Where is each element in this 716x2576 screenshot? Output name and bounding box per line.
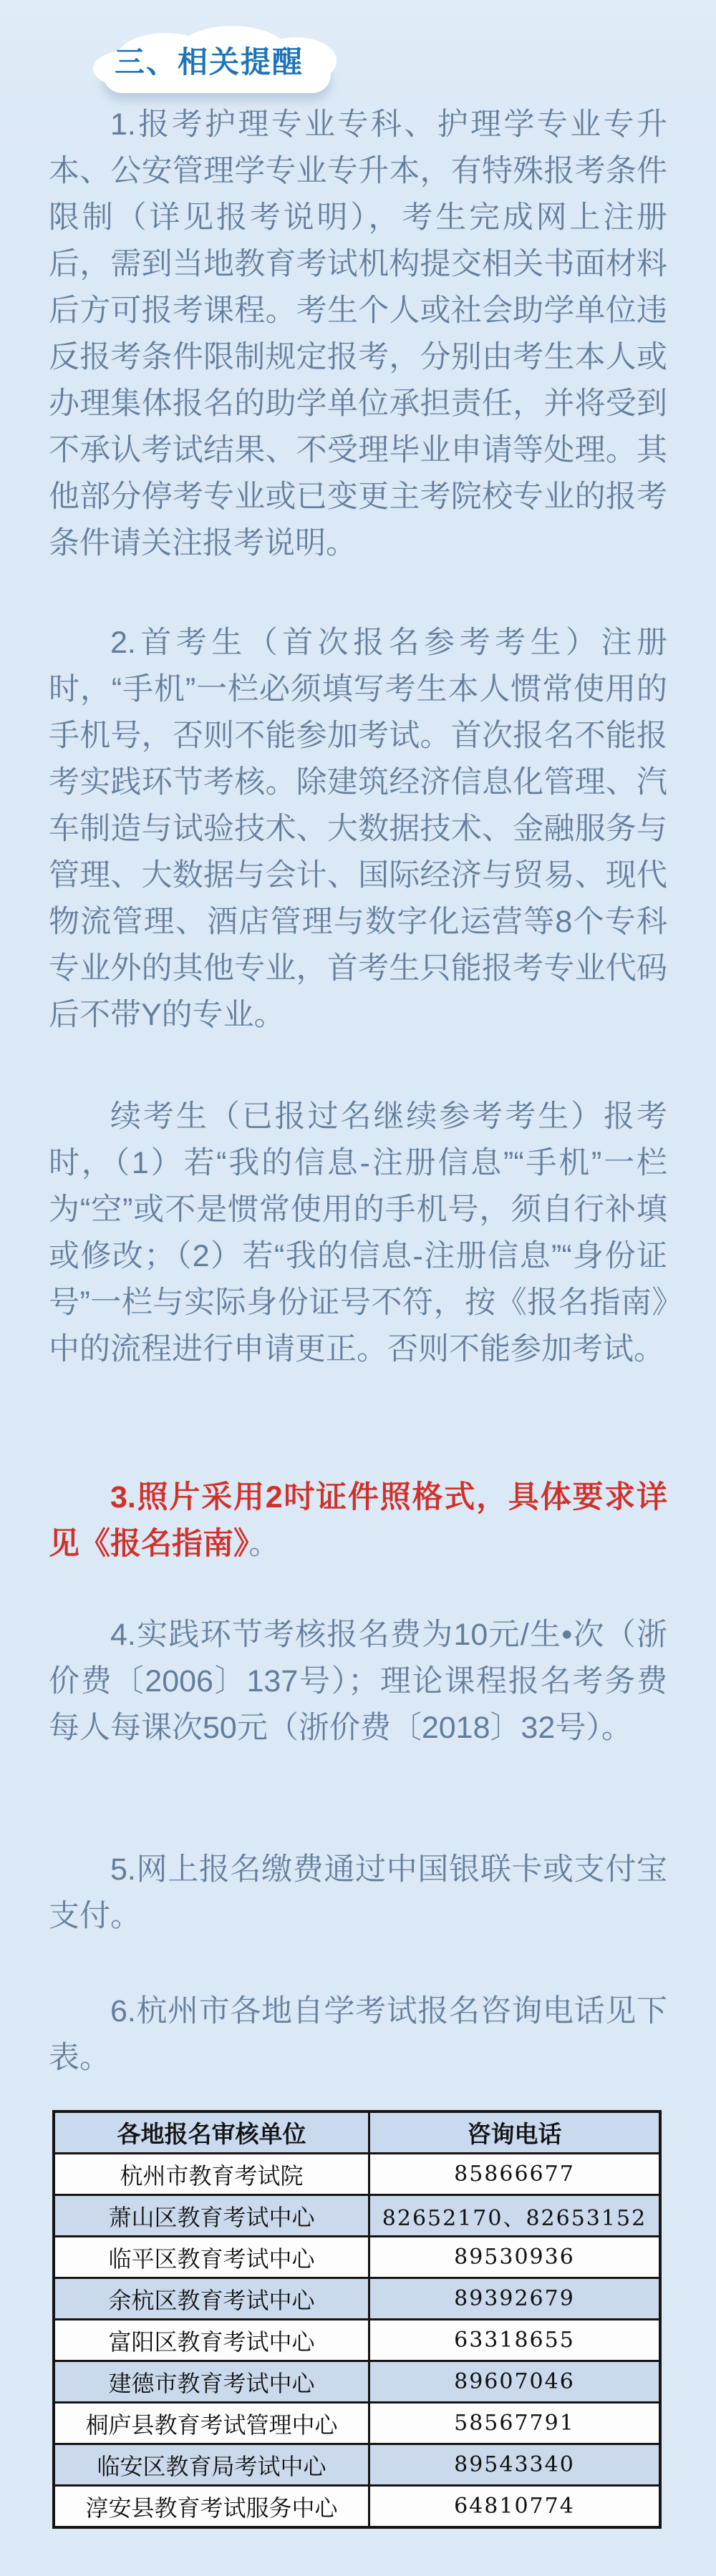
table-row: 临安区教育局考试中心 89543340 [54, 2444, 660, 2486]
consultation-phone-table: 各地报名审核单位 咨询电话 杭州市教育考试院 85866677 萧山区教育考试中… [52, 2110, 662, 2529]
unit-cell: 临平区教育考试中心 [54, 2237, 369, 2278]
phone-cell: 58567791 [369, 2403, 660, 2444]
table-row: 建德市教育考试中心 89607046 [54, 2361, 660, 2403]
section-title: 三、相关提醒 [115, 39, 304, 82]
table-row: 杭州市教育考试院 85866677 [54, 2154, 660, 2195]
table-row: 桐庐县教育考试管理中心 58567791 [54, 2403, 660, 2444]
paragraph-first-time-candidates: 2.首考生（首次报名参考考生）注册时，“手机”一栏必须填写考生本人惯常使用的手机… [49, 620, 667, 1039]
unit-cell: 临安区教育局考试中心 [54, 2444, 369, 2486]
table-header-row: 各地报名审核单位 咨询电话 [54, 2111, 660, 2154]
announcement-page: 三、相关提醒 1.报考护理专业专科、护理学专业专升本、公安管理学专业专升本，有特… [0, 0, 716, 2576]
paragraph-registration-restrictions: 1.报考护理专业专科、护理学专业专升本、公安管理学专业专升本，有特殊报考条件限制… [49, 102, 667, 567]
note-photo-format: 3.照片采用2吋证件照格式，具体要求详见《报名指南》。 [49, 1474, 667, 1568]
table-row: 淳安县教育考试服务中心 64810774 [54, 2486, 660, 2528]
paragraph-exam-fees: 4.实践环节考核报名费为10元/生•次（浙价费〔2006〕137号）；理论课程报… [49, 1612, 667, 1751]
unit-cell: 富阳区教育考试中心 [54, 2320, 369, 2361]
phone-cell: 89392679 [369, 2278, 660, 2320]
phone-cell: 89530936 [369, 2237, 660, 2278]
unit-cell: 建德市教育考试中心 [54, 2361, 369, 2403]
phone-cell: 63318655 [369, 2320, 660, 2361]
table-row: 余杭区教育考试中心 89392679 [54, 2278, 660, 2320]
paragraph-consultation-intro: 6.杭州市各地自学考试报名咨询电话见下表。 [49, 1988, 667, 2081]
phone-cell: 89607046 [369, 2361, 660, 2403]
phone-cell: 82652170、82653152 [369, 2195, 660, 2237]
phone-cell: 89543340 [369, 2444, 660, 2486]
unit-cell: 余杭区教育考试中心 [54, 2278, 369, 2320]
paragraph-continuing-candidates: 续考生（已报过名继续参考考生）报考时，（1）若“我的信息-注册信息”“手机”一栏… [49, 1094, 667, 1373]
phone-cell: 85866677 [369, 2154, 660, 2195]
consultation-phone-table-wrap: 各地报名审核单位 咨询电话 杭州市教育考试院 85866677 萧山区教育考试中… [52, 2110, 662, 2529]
phone-cell: 64810774 [369, 2486, 660, 2528]
unit-cell: 淳安县教育考试服务中心 [54, 2486, 369, 2528]
table-row: 萧山区教育考试中心 82652170、82653152 [54, 2195, 660, 2237]
table-row: 临平区教育考试中心 89530936 [54, 2237, 660, 2278]
unit-cell: 杭州市教育考试院 [54, 2154, 369, 2195]
table-header-phone: 咨询电话 [369, 2111, 660, 2154]
unit-cell: 桐庐县教育考试管理中心 [54, 2403, 369, 2444]
unit-cell: 萧山区教育考试中心 [54, 2195, 369, 2237]
table-row: 富阳区教育考试中心 63318655 [54, 2320, 660, 2361]
photo-format-red-text: 3.照片采用2吋证件照格式，具体要求详见《报名指南》 [49, 1480, 667, 1561]
table-header-unit: 各地报名审核单位 [54, 2111, 369, 2154]
photo-format-period: 。 [249, 1527, 280, 1561]
paragraph-online-payment: 5.网上报名缴费通过中国银联卡或支付宝支付。 [49, 1847, 667, 1940]
